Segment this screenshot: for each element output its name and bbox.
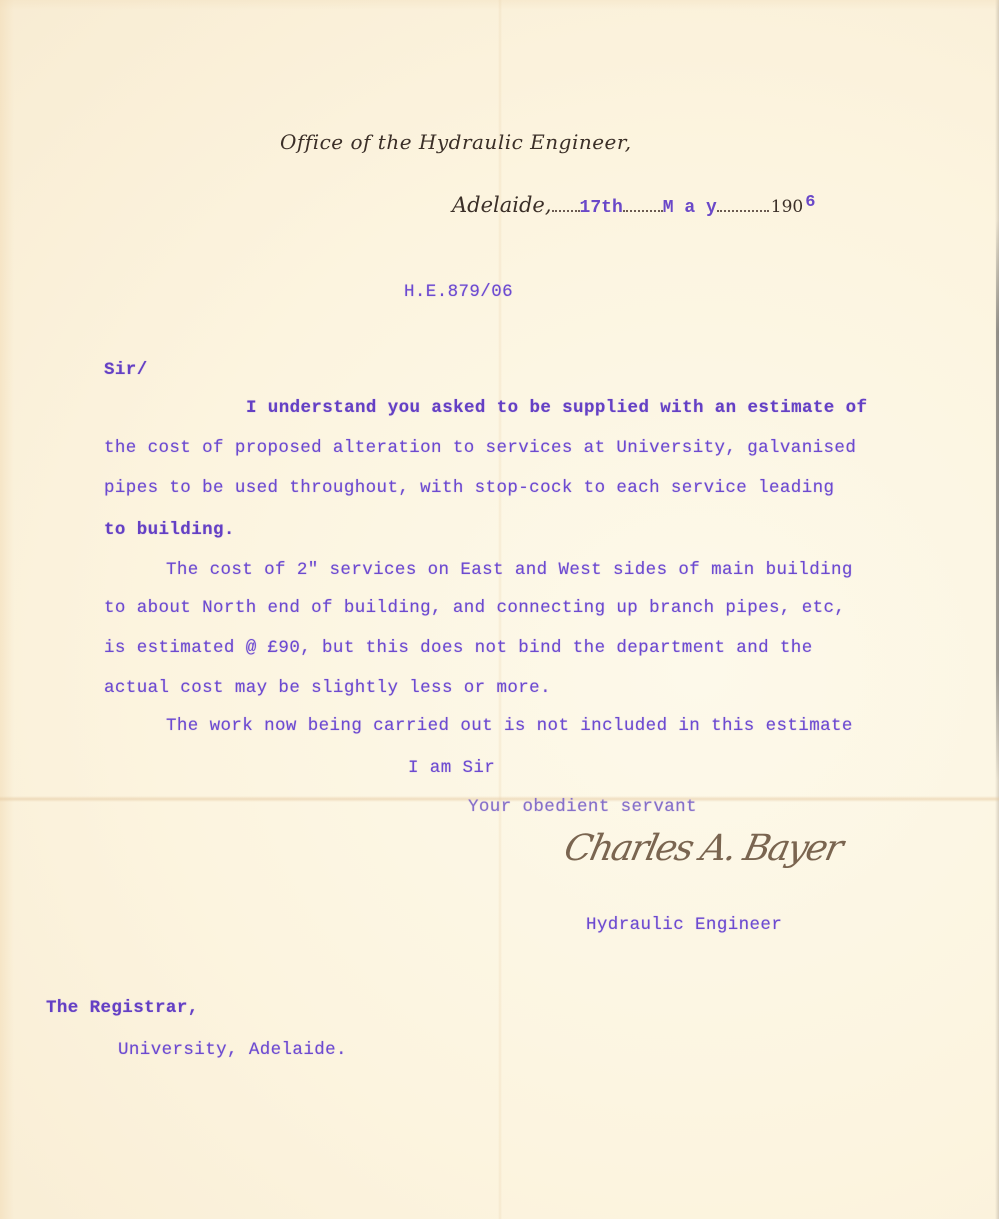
addressee-line: University, Adelaide.	[118, 1040, 347, 1060]
date-year-printed: 190	[771, 197, 803, 217]
letterhead-office: Office of the Hydraulic Engineer,	[280, 130, 632, 154]
body-line: The work now being carried out is not in…	[166, 716, 853, 736]
body-line: the cost of proposed alteration to servi…	[104, 438, 856, 458]
dotted-leader	[552, 194, 580, 212]
addressee-line: The Registrar,	[46, 998, 199, 1018]
reference-number: H.E.879/06	[404, 282, 513, 302]
date-year-typed: 6	[805, 193, 815, 212]
dateline: Adelaide, 17th M a y 190 6	[452, 193, 815, 218]
date-month: M a y	[663, 198, 717, 218]
body-line: The cost of 2" services on East and West…	[166, 560, 853, 580]
dotted-leader	[717, 194, 769, 212]
closing-line: I am Sir	[408, 758, 495, 778]
body-line: to about North end of building, and conn…	[104, 598, 845, 618]
body-line: I understand you asked to be supplied wi…	[246, 398, 867, 418]
date-day: 17th	[580, 198, 623, 218]
body-line: pipes to be used throughout, with stop-c…	[104, 478, 834, 498]
body-line: to building.	[104, 520, 235, 540]
salutation: Sir/	[104, 360, 148, 380]
body-line: actual cost may be slightly less or more…	[104, 678, 551, 698]
dotted-leader	[623, 194, 663, 212]
signatory-title: Hydraulic Engineer	[586, 915, 782, 935]
closing-line: Your obedient servant	[468, 797, 697, 817]
body-line: is estimated @ £90, but this does not bi…	[104, 638, 813, 658]
signature: Charles A. Bayer	[561, 828, 846, 869]
letterhead-place: Adelaide,	[452, 193, 552, 217]
